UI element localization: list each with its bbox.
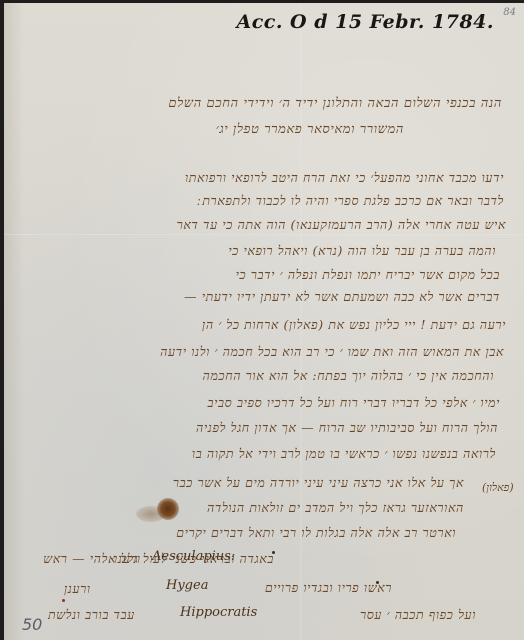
hippocrates-line-right: ועל כפוף תכבה ׳ עסר (360, 607, 476, 623)
latin-word-hygea: Hygea (166, 578, 208, 593)
latin-word-hippocratis: Hippocratis (180, 605, 257, 620)
body-line-10: ימיו ׳ אלפי כל דבריו דברי רוח ועל כל דרכ… (208, 395, 500, 411)
latin-word-aesculapius: Aesculapius: (152, 549, 235, 564)
horizontal-fold-line (4, 233, 524, 235)
archival-date-note: Acc. O d 15 Febr. 1784. (236, 11, 494, 33)
body-line-14: האוראזער גראז כלך ויל המדב ים זולאות הנו… (207, 500, 464, 516)
ink-spot (62, 599, 65, 602)
address-line-1: הנה בכנפי השלום הבאה והתלונן ידיד ה׳ ויד… (168, 95, 502, 111)
page-number: 50 (22, 615, 42, 634)
body-line-16-tail: ורענו (114, 551, 141, 567)
body-line-3: איש עטה אחרי אלה (הרב הרעמזקענאו) הוה את… (177, 217, 506, 233)
hygea-line-right: ראשו פריו ובגדיו פרויים (265, 580, 392, 596)
manuscript-page: 84 Acc. O d 15 Febr. 1784. הנה בכנפי השל… (4, 3, 524, 640)
closing-signature: עבד בורב ונלשת (48, 607, 135, 623)
body-line-11: הולך הרוח ועל סביבותיו שב הרוח — אך אדון… (196, 420, 498, 436)
ink-spot (272, 551, 275, 554)
folio-number: 84 (503, 7, 516, 18)
ink-spot (376, 581, 379, 584)
body-line-13: אך על אלו אני כרצה עיני עיני יורדה מים ע… (173, 475, 464, 491)
body-line-8: אבן את המאוש הזה ואת שמו ׳ כי רב הוא בכל… (160, 344, 504, 360)
margin-note: (פאלון) (482, 481, 514, 494)
body-line-7: ירעה גם ידעת ! ייי כליון נפש את (פאלון) … (202, 317, 506, 333)
body-line-5: בכל מקום אשר יבריח יתמו ונפלת ונפלה ׳ יד… (236, 267, 500, 283)
body-line-4: והמה בערה בן עבר עלו הוה (נרא) ויאהל רופ… (228, 243, 496, 259)
ink-stain (157, 498, 179, 520)
address-line-2: המשורר ומאיסאר פאמרר טפלן יג׳ (216, 121, 404, 137)
body-line-2: לדבר ובאר אם כרכב פלגת ספרי והיה לו לכבו… (197, 193, 504, 209)
body-line-9: והחכמה אין כי ׳ בהלוה יוך בפתח: אל הוא א… (203, 368, 494, 384)
body-line-6: דברים אשר לא כבה ושמעתם אשר לא ידעתן ידי… (184, 289, 500, 305)
hygea-line-left: ורענן (64, 581, 91, 597)
body-line-1: ידעו מכבד אחוני מהפעל׳ כי זאת הרח היטב ל… (185, 170, 504, 186)
body-line-12: לרואה בנפשנו נפשו ׳ כראשי בו טמן לרב ויד… (192, 446, 496, 462)
page-edge-shadow (4, 3, 24, 640)
body-line-15: וארטר רב אלה אלה בגלות לו רבי ותאל דברים… (176, 525, 456, 541)
